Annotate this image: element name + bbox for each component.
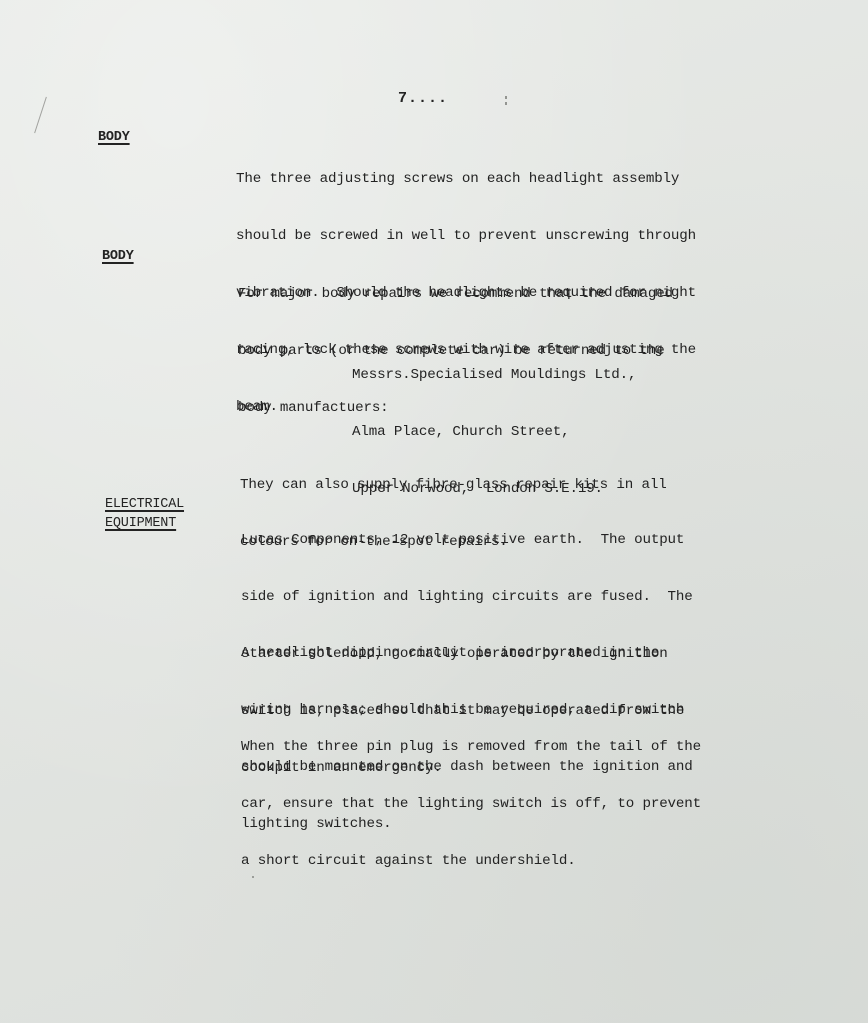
paper-mark (34, 97, 47, 133)
paper-mark (505, 96, 507, 99)
paper-mark (505, 102, 507, 105)
section-label-body-repairs: BODY (102, 247, 134, 266)
page-number: 7.... (398, 90, 448, 107)
section-label-body: BODY (98, 128, 130, 147)
three-pin-plug-paragraph: When the three pin plug is removed from … (241, 700, 701, 890)
section-label-electrical-equipment: ELECTRICAL EQUIPMENT (105, 495, 184, 533)
